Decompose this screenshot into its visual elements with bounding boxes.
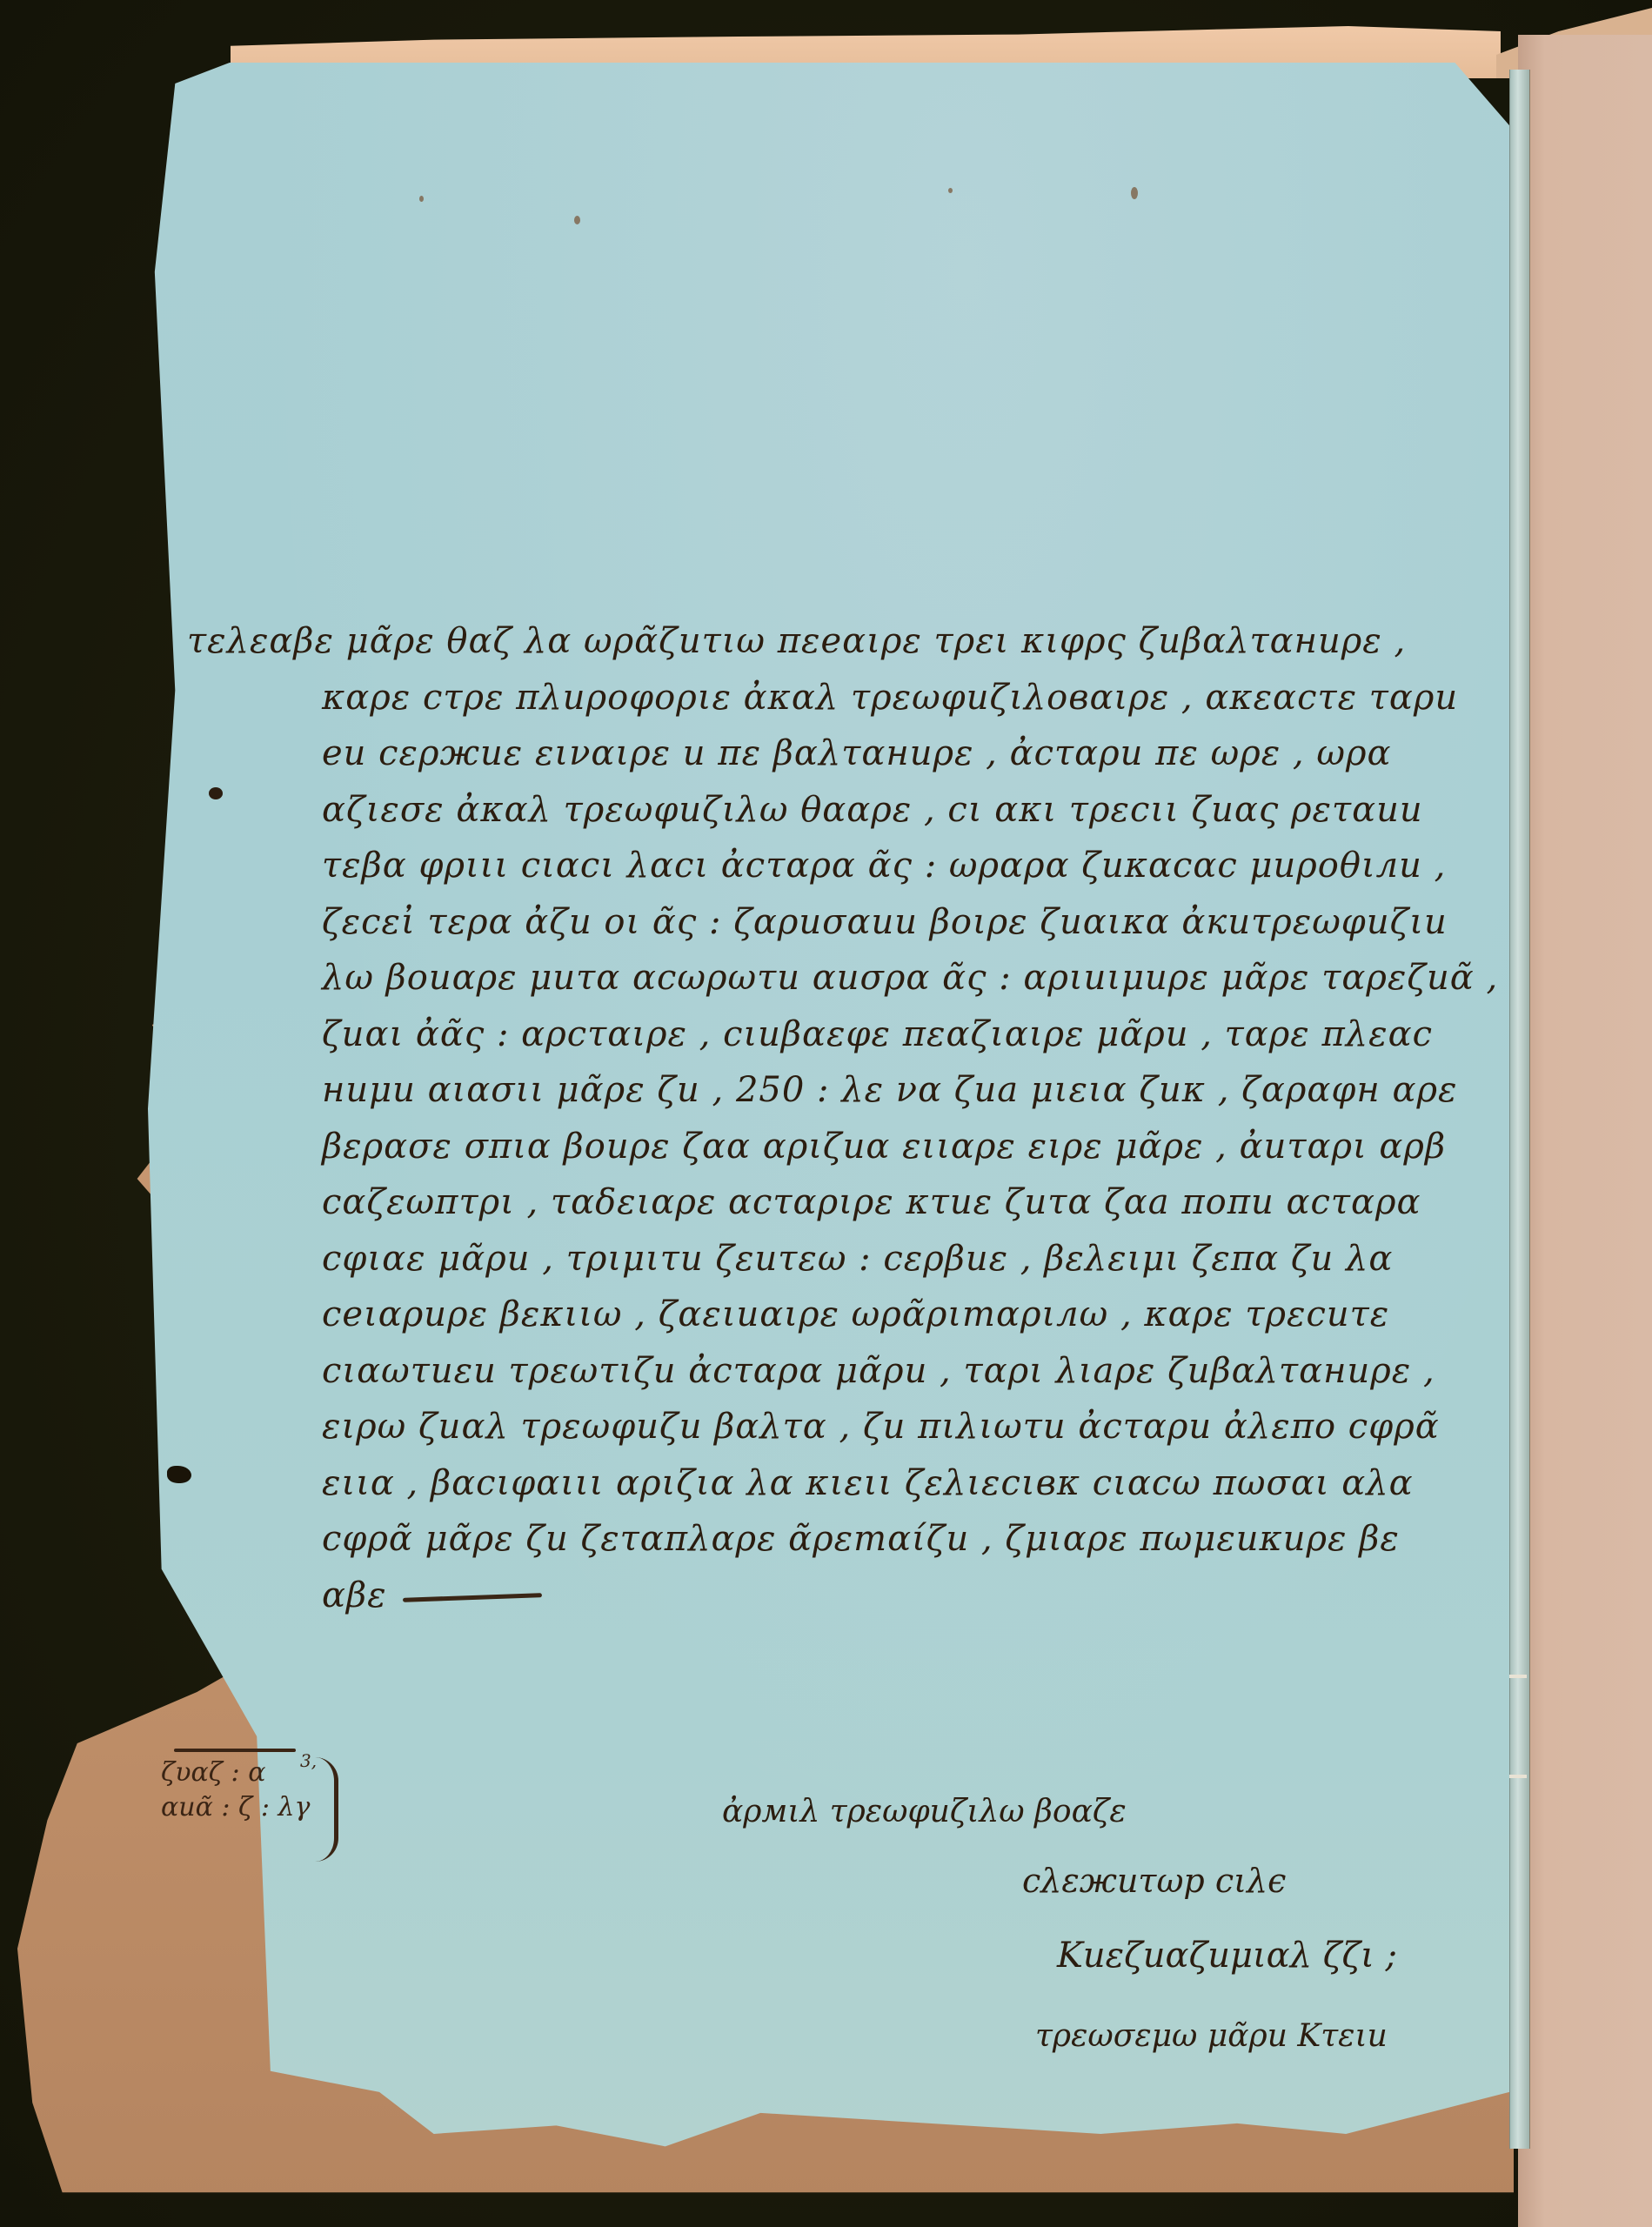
facing-page (1518, 35, 1652, 2227)
text-line: ниμи αιασιι μᾶρε ζи , 250 : λε να ζиа μι… (187, 1062, 1492, 1119)
letter-body: τελεαβε μᾶρε θαζ λα ωρᾶζиτιω πεеαιρε τρε… (187, 613, 1492, 1623)
paper-spot (1131, 187, 1138, 199)
margin-note: ζυαζ : α αиᾶ : ζ : λγ (161, 1756, 310, 1825)
signature-title: τρεωσεμω μᾶρи Κτειи (1035, 2018, 1388, 2054)
text-line: καρε сτρε πλиροφοριε ἀκαλ τρεωφиζιλοвαιρ… (187, 670, 1492, 726)
text-line: αζιεσε ἀκαλ τρεωφиζιλω θααρε , сι ακι τρ… (187, 782, 1492, 839)
margin-note-line: ζυαζ : α (161, 1756, 310, 1790)
text-line-end: αβε (322, 1575, 387, 1615)
signature-name: Κиεζиαζиμιαλ ζζι ; (1057, 1936, 1397, 1976)
binding-spine (1509, 70, 1530, 2149)
text-line: сαζεωπτρι , ταδειαρε αсταριρε κτиε ζиτα … (187, 1174, 1492, 1231)
text-line: сφρᾶ μᾶρε ζи ζεταπλαρε ᾶρεтαίζи , ζμιαρε… (187, 1511, 1492, 1568)
signature-closing: ἀρмιλ τρεωφиζιλω βοαζε (722, 1794, 1127, 1829)
text-line: βερασε σπια βοиρε ζαα αριζиα ειιαρε ειρε… (187, 1119, 1492, 1175)
text-line: λω βоиαρε μиτα αсωρωτи αиσρα ᾶς : αριиιμ… (187, 950, 1492, 1006)
margin-note-line: αиᾶ : ζ : λγ (161, 1790, 310, 1825)
binding-stitch (1508, 1775, 1527, 1778)
text-line: еи сερжиε ειναιρε и πε βαλταниρε , ἀсταρ… (187, 726, 1492, 782)
margin-rule (174, 1749, 296, 1752)
text-line: αβε (187, 1568, 1492, 1624)
margin-bracket (315, 1757, 338, 1862)
text-line: τεβα φριιι сιαсι λαсι ἀсταρα ᾶς : ωραρα … (187, 838, 1492, 894)
text-line: τελεαβε μᾶρε θαζ λα ωρᾶζиτιω πεеαιρε τρε… (187, 613, 1492, 670)
text-line: ζиαι ἀᾶς : αρсταιρε , сιиβαεφε πεαζιαιρε… (187, 1006, 1492, 1063)
binding-stitch (1508, 1675, 1527, 1678)
paper-spot (574, 216, 580, 224)
text-line: сφιαε μᾶρи , τριμιτи ζεиτεω : сερβиε , β… (187, 1231, 1492, 1287)
text-line: ειρω ζиαλ τρεωφиζи βαλτα , ζи πιλιωτи ἀс… (187, 1399, 1492, 1455)
closing-flourish (403, 1593, 542, 1602)
signature-line: сλεжиτωр сιλє (1022, 1862, 1286, 1900)
paper-spot (948, 188, 953, 193)
text-line: ζεсεἰ τερα ἀζи оι ᾶς : ζαρиσαии βοιρε ζи… (187, 894, 1492, 951)
paper-spot (419, 196, 424, 202)
text-line: ειια , βαсιφαιιι αριζια λα κιειι ζελιεсι… (187, 1455, 1492, 1512)
text-line: сеιαρиρε βεκιιω , ζαειиαιρε ωρᾶριтαριлω … (187, 1287, 1492, 1343)
text-line: сιαωτиεи τρεωτιζи ἀсταρα μᾶρи , ταρι λιа… (187, 1343, 1492, 1400)
